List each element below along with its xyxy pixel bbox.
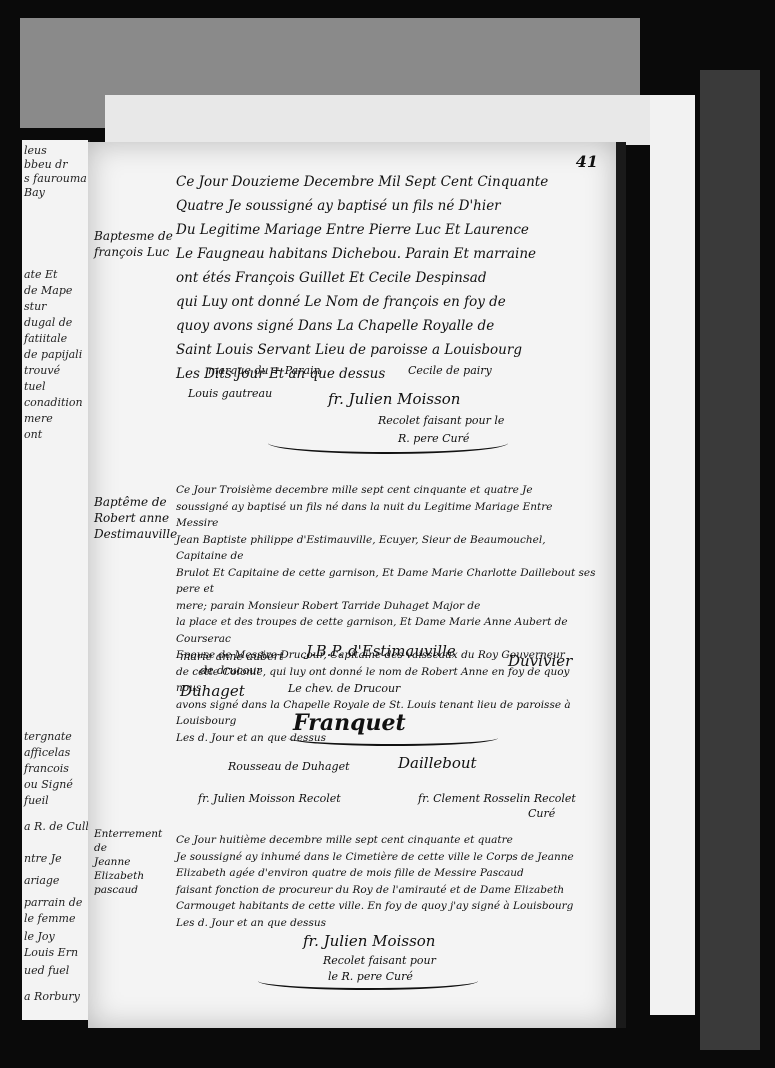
signature-recolet: Recolet faisant pour le bbox=[378, 414, 504, 427]
entry-baptism-robert-anne: Ce Jour Troisième decembre mille sept ce… bbox=[176, 482, 596, 746]
entry-line: Jean Baptiste philippe d'Estimauville, E… bbox=[176, 532, 596, 565]
facing-page-text: le femme bbox=[24, 912, 75, 925]
manuscript-page: 41 Baptesme de françois Luc Ce Jour Douz… bbox=[88, 142, 626, 1028]
facing-page-text: a R. de Cull bbox=[24, 820, 89, 833]
entry-line: Quatre Je soussigné ay baptisé un fils n… bbox=[176, 194, 596, 218]
margin-line: françois Luc bbox=[94, 244, 174, 260]
margin-note-burial-jeanne-elizabeth: Enterrement de Jeanne Elizabeth pascaud bbox=[94, 827, 174, 897]
entry-line: Carmouget habitants de cette ville. En f… bbox=[176, 898, 596, 915]
page-number: 41 bbox=[576, 152, 598, 171]
margin-line: Baptesme de bbox=[94, 228, 174, 244]
signature-estimauville: J.B.P. d'Estimauville bbox=[306, 642, 456, 660]
entry-baptism-francois-luc: Ce Jour Douzieme Decembre Mil Sept Cent … bbox=[176, 170, 596, 386]
facing-page-text: francois bbox=[24, 762, 69, 775]
margin-note-baptism-francois-luc: Baptesme de françois Luc bbox=[94, 228, 174, 260]
entry-line: Le Faugneau habitans Dichebou. Parain Et… bbox=[176, 242, 596, 266]
entry-line: faisant fonction de procureur du Roy de … bbox=[176, 882, 596, 899]
facing-page-text: stur bbox=[24, 300, 46, 313]
facing-page-text: fueil bbox=[24, 794, 49, 807]
entry-line: Brulot Et Capitaine de cette garnison, E… bbox=[176, 565, 596, 598]
signature-mark-parain: marque du + Parain bbox=[208, 364, 321, 377]
facing-page-text: le Joy bbox=[24, 930, 55, 943]
signature-marie-anne-aubert: marie anne aubert bbox=[180, 650, 283, 663]
facing-page-text: fatiitale bbox=[24, 332, 67, 345]
entry-line: Les d. Jour et an que dessus bbox=[176, 915, 596, 932]
margin-line: pascaud bbox=[94, 883, 174, 897]
entry-line: Du Legitime Mariage Entre Pierre Luc Et … bbox=[176, 218, 596, 242]
paper-strip bbox=[105, 95, 695, 145]
entry-line: Ce Jour Douzieme Decembre Mil Sept Cent … bbox=[176, 170, 596, 194]
margin-line: Robert anne bbox=[94, 510, 174, 526]
signature-flourish bbox=[258, 972, 478, 990]
signature-julien-moisson-recolet: fr. Julien Moisson Recolet bbox=[198, 792, 341, 805]
signature-chev-drucour: Le chev. de Drucour bbox=[288, 682, 400, 695]
signature-daillebout: Daillebout bbox=[398, 754, 477, 772]
facing-page-text: bbeu dr bbox=[24, 158, 67, 171]
facing-page-text: s faurouma bbox=[24, 172, 87, 185]
signature-cecile: Cecile de pairy bbox=[408, 364, 492, 377]
facing-page-text: de papijali bbox=[24, 348, 82, 361]
signature-clement-rosselin: fr. Clement Rosselin Recolet bbox=[418, 792, 576, 805]
facing-page-text: leus bbox=[24, 144, 47, 157]
signature-flourish bbox=[288, 730, 498, 746]
facing-page-text: tergnate bbox=[24, 730, 72, 743]
entry-burial-jeanne-elizabeth: Ce Jour huitième decembre mille sept cen… bbox=[176, 832, 596, 931]
facing-page-text: parrain de bbox=[24, 896, 82, 909]
facing-page-text: de Mape bbox=[24, 284, 72, 297]
facing-page-text: dugal de bbox=[24, 316, 72, 329]
facing-page-text: tuel bbox=[24, 380, 46, 393]
facing-page-text: mere bbox=[24, 412, 53, 425]
facing-page-text: Louis Ern bbox=[24, 946, 78, 959]
facing-page-fragment: leusbbeu drs fauroumaBayate Etde Mapestu… bbox=[22, 140, 90, 1020]
entry-line: Elizabeth agée d'environ quatre de mois … bbox=[176, 865, 596, 882]
facing-page-text: afficelas bbox=[24, 746, 70, 759]
signature-julien-moisson-2: fr. Julien Moisson bbox=[303, 932, 435, 950]
entry-line: Je soussigné ay inhumé dans le Cimetière… bbox=[176, 849, 596, 866]
signature-duvivier: Duvivier bbox=[508, 652, 572, 670]
signature-de-drucour-small: de drucour bbox=[200, 664, 262, 677]
entry-line: Saint Louis Servant Lieu de paroisse a L… bbox=[176, 338, 596, 362]
facing-page-text: conadition bbox=[24, 396, 83, 409]
signature-recolet-2: Recolet faisant pour bbox=[323, 954, 436, 967]
entry-line: qui Luy ont donné Le Nom de françois en … bbox=[176, 290, 596, 314]
facing-page-text: a Rorbury bbox=[24, 990, 80, 1003]
binding-edge bbox=[700, 70, 760, 1050]
entry-line: soussigné ay baptisé un fils né dans la … bbox=[176, 499, 596, 532]
facing-page-text: ued fuel bbox=[24, 964, 69, 977]
signature-julien-moisson: fr. Julien Moisson bbox=[328, 390, 460, 408]
signature-rousseau-duhaget: Rousseau de Duhaget bbox=[228, 760, 350, 773]
entry-line: mere; parain Monsieur Robert Tarride Duh… bbox=[176, 598, 596, 615]
entry-line: quoy avons signé Dans La Chapelle Royall… bbox=[176, 314, 596, 338]
entry-line: Ce Jour huitième decembre mille sept cen… bbox=[176, 832, 596, 849]
margin-line: Jeanne Elizabeth bbox=[94, 855, 174, 883]
entry-line: ont étés François Guillet Et Cecile Desp… bbox=[176, 266, 596, 290]
margin-line: Enterrement de bbox=[94, 827, 174, 855]
margin-line: Destimauville bbox=[94, 526, 174, 542]
facing-page-text: ou Signé bbox=[24, 778, 73, 791]
signature-cure: Curé bbox=[528, 807, 555, 820]
entry-line: Ce Jour Troisième decembre mille sept ce… bbox=[176, 482, 596, 499]
facing-page-text: trouvé bbox=[24, 364, 60, 377]
facing-page-text: ate Et bbox=[24, 268, 57, 281]
margin-note-baptism-robert-anne: Baptême de Robert anne Destimauville bbox=[94, 494, 174, 542]
signature-louis-gautreau: Louis gautreau bbox=[188, 387, 272, 400]
inserted-sheet bbox=[650, 95, 695, 1015]
facing-page-text: ntre Je bbox=[24, 852, 62, 865]
signature-duhaget: Duhaget bbox=[180, 682, 245, 700]
facing-page-text: Bay bbox=[24, 186, 45, 199]
signature-flourish bbox=[268, 432, 508, 454]
facing-page-text: ariage bbox=[24, 874, 59, 887]
facing-page-text: ont bbox=[24, 428, 42, 441]
margin-line: Baptême de bbox=[94, 494, 174, 510]
